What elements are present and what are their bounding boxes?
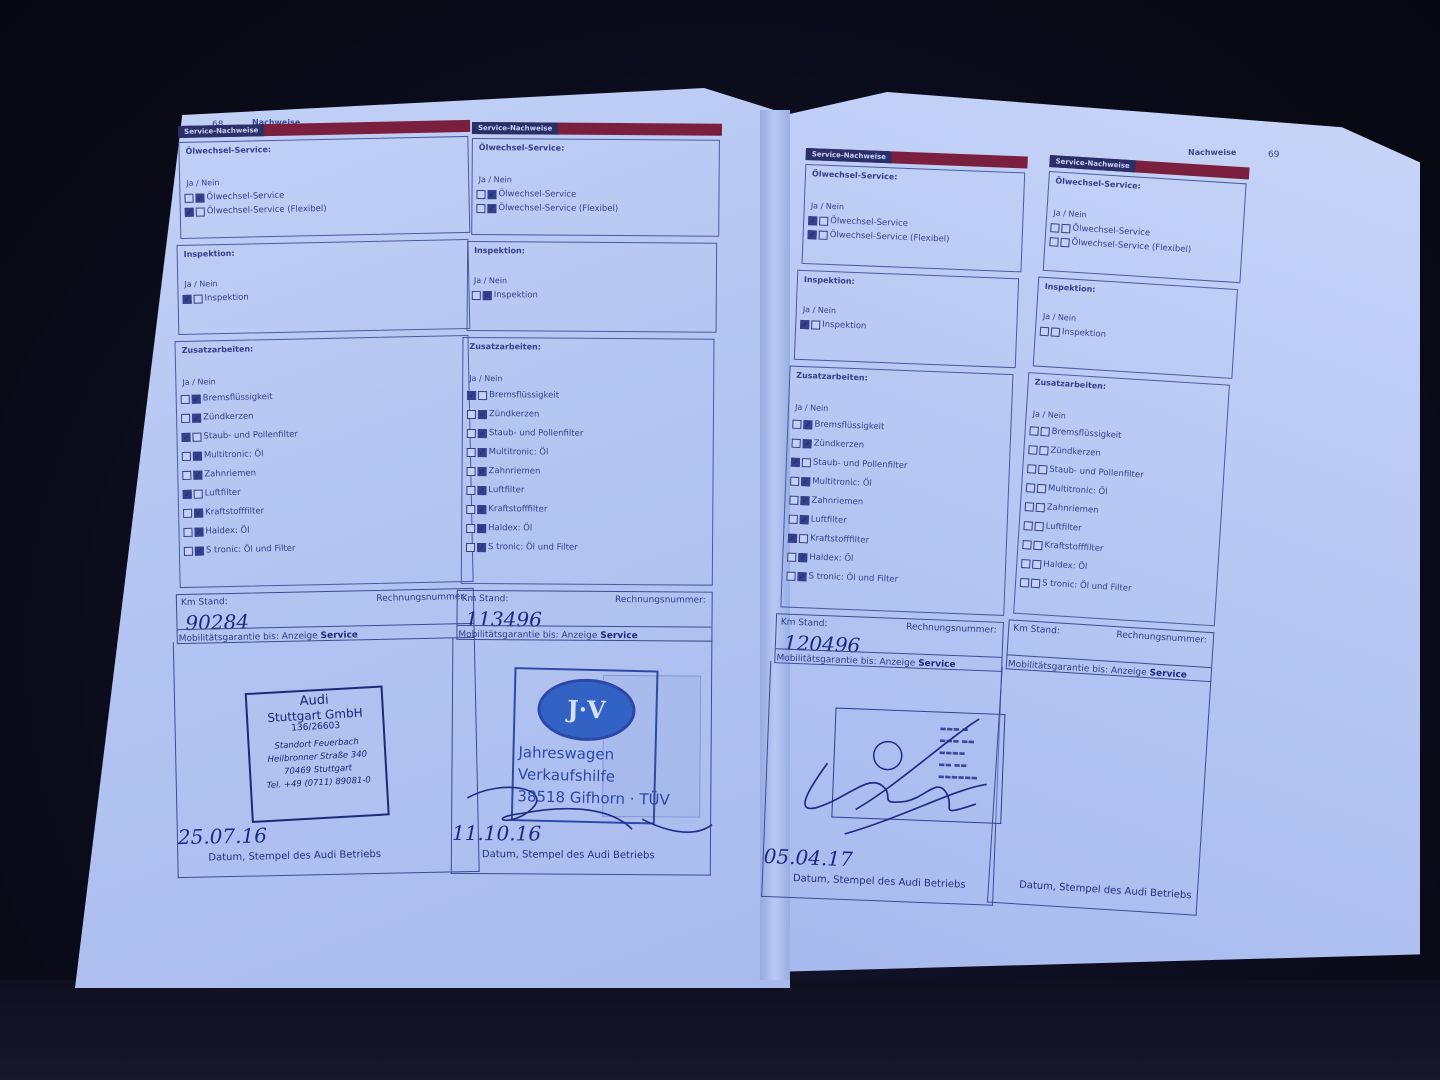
dealer-stamp: AudiStuttgart GmbH136/26603Standort Feue… xyxy=(245,685,390,823)
ja-nein-label: Ja / Nein xyxy=(1053,208,1087,219)
ja-nein-label: Ja / Nein xyxy=(1032,409,1066,420)
ja-checkbox[interactable]: ✓ xyxy=(808,230,817,239)
checklist-item-label: Kraftstofffilter xyxy=(205,506,264,517)
checklist-item-label: Bremsflüssigkeit xyxy=(814,420,884,433)
nein-checkbox[interactable]: ✓ xyxy=(477,524,486,533)
checklist-item: ✓Kraftstofffilter xyxy=(183,506,264,518)
ja-nein-label: Ja / Nein xyxy=(474,276,507,285)
nein-checkbox[interactable] xyxy=(1060,237,1070,247)
ja-checkbox[interactable] xyxy=(1029,426,1039,436)
ja-checkbox[interactable]: ✓ xyxy=(183,489,192,498)
checklist-item: ✓Bremsflüssigkeit xyxy=(181,392,273,404)
nein-checkbox[interactable]: ✓ xyxy=(800,515,809,524)
ja-checkbox[interactable] xyxy=(787,552,796,561)
checklist-item-label: Luftfilter xyxy=(488,485,524,495)
checklist-item: ✓Staub- und Pollenfilter xyxy=(467,428,584,439)
checklist-item-label: S tronic: Öl und Filter xyxy=(1042,578,1132,594)
checklist-item-label: Haldex: Öl xyxy=(488,523,532,533)
nein-checkbox[interactable]: ✓ xyxy=(478,429,487,438)
ja-checkbox[interactable] xyxy=(467,466,476,475)
ja-checkbox[interactable] xyxy=(467,428,476,437)
ja-checkbox[interactable] xyxy=(466,504,475,513)
nein-checkbox[interactable] xyxy=(1037,483,1047,493)
checklist-item-label: Staub- und Pollenfilter xyxy=(813,458,908,472)
checklist-item: ✓Zündkerzen xyxy=(791,438,864,451)
nein-checkbox[interactable]: ✓ xyxy=(192,394,201,403)
ja-nein-label: Ja / Nein xyxy=(469,374,502,383)
ja-checkbox[interactable] xyxy=(183,527,192,536)
checklist-item-label: Ölwechsel-Service (Flexibel) xyxy=(829,230,949,245)
oil-change-title: Ölwechsel-Service: xyxy=(1055,176,1141,190)
ja-nein-label: Ja / Nein xyxy=(811,201,845,211)
additional-work-section: Zusatzarbeiten:Ja / Nein✓Bremsflüssigkei… xyxy=(780,366,1013,616)
ja-checkbox[interactable] xyxy=(1050,223,1060,233)
nein-checkbox[interactable]: ✓ xyxy=(195,193,204,202)
checklist-item-label: Ölwechsel-Service (Flexibel) xyxy=(207,204,327,217)
ja-checkbox[interactable] xyxy=(181,413,190,422)
inspection-section: Inspektion:Ja / Nein✓Inspektion xyxy=(176,239,470,335)
checklist-item: ✓Inspektion xyxy=(183,293,249,304)
nein-checkbox[interactable] xyxy=(1038,464,1048,474)
oil-change-section: Ölwechsel-Service:Ja / Nein✓Ölwechsel-Se… xyxy=(802,164,1026,272)
checklist-item: ✓Ölwechsel-Service xyxy=(184,191,284,203)
checklist-item-label: Ölwechsel-Service xyxy=(830,216,908,229)
ja-nein-label: Ja / Nein xyxy=(186,178,219,188)
checklist-item-label: Zündkerzen xyxy=(813,439,864,451)
additional-work-title: Zusatzarbeiten: xyxy=(1034,377,1106,390)
checklist-item-label: Luftfilter xyxy=(811,514,847,525)
inspection-title: Inspektion: xyxy=(184,249,235,259)
ja-checkbox[interactable] xyxy=(792,438,801,447)
km-stand-label: Km Stand: xyxy=(1013,624,1060,637)
ja-checkbox[interactable] xyxy=(476,190,485,199)
invoice-number-label: Rechnungsnummer: xyxy=(1116,630,1207,646)
checklist-item-label: Haldex: Öl xyxy=(1043,559,1088,572)
km-stand-value[interactable]: 113496 xyxy=(465,607,542,632)
right-page-number: 69 xyxy=(1268,150,1279,160)
ja-checkbox[interactable] xyxy=(1023,521,1033,531)
stamp-area: 25.07.16Datum, Stempel des Audi Betriebs… xyxy=(173,636,480,878)
service-booklet: 68 Nachweise Nachweise 69 Service-Nachwe… xyxy=(0,0,1440,1080)
checklist-item: Kraftstofffilter xyxy=(1022,539,1104,554)
checklist-item: Ölwechsel-Service (Flexibel) xyxy=(1049,236,1191,255)
ja-checkbox[interactable] xyxy=(1040,326,1050,336)
ja-checkbox[interactable] xyxy=(466,523,475,532)
nein-checkbox[interactable]: ✓ xyxy=(193,451,202,460)
oil-change-section: Ölwechsel-Service:Ja / Nein✓Ölwechsel-Se… xyxy=(178,136,470,239)
ja-checkbox[interactable] xyxy=(182,470,191,479)
checklist-item-label: Zahnriemen xyxy=(1047,503,1099,516)
checklist-item-label: Zündkerzen xyxy=(203,411,254,422)
checklist-item-label: Multitronic: Öl xyxy=(812,476,872,488)
checklist-item: ✓S tronic: Öl und Filter xyxy=(184,544,296,556)
checklist-item-label: Zahnriemen xyxy=(204,468,256,479)
ja-checkbox[interactable] xyxy=(1049,237,1059,247)
nein-checkbox[interactable] xyxy=(1040,426,1050,436)
service-date[interactable]: 05.04.17 xyxy=(763,844,853,871)
inspection-section: Inspektion:Ja / Nein✓Inspektion xyxy=(467,241,718,333)
checklist-item-label: Zahnriemen xyxy=(811,495,863,507)
checklist-item-label: Zündkerzen xyxy=(1050,446,1101,459)
checklist-item-label: Inspektion xyxy=(1062,327,1107,340)
checklist-item-label: Multitronic: Öl xyxy=(1048,484,1108,498)
checklist-item: ✓Haldex: Öl xyxy=(183,526,249,537)
checklist-item: Multitronic: Öl xyxy=(1026,482,1108,497)
checklist-item-label: Bremsflüssigkeit xyxy=(1051,427,1121,441)
ja-checkbox[interactable] xyxy=(1026,483,1036,493)
stamp-area: 05.04.17Datum, Stempel des Audi Betriebs… xyxy=(761,661,1002,906)
nein-checkbox[interactable]: ✓ xyxy=(195,546,204,555)
invoice-number-label: Rechnungsnummer: xyxy=(615,595,706,606)
nein-checkbox[interactable]: ✓ xyxy=(801,477,810,486)
nein-checkbox[interactable]: ✓ xyxy=(478,410,487,419)
checklist-item: Ölwechsel-Service xyxy=(1050,222,1150,238)
nein-checkbox[interactable] xyxy=(802,458,811,467)
checklist-item: ✓S tronic: Öl und Filter xyxy=(786,571,898,585)
checklist-item: ✓Luftfilter xyxy=(789,514,847,526)
checklist-item-label: Ölwechsel-Service xyxy=(498,189,576,200)
checklist-item: ✓Haldex: Öl xyxy=(466,523,532,533)
nein-checkbox[interactable]: ✓ xyxy=(194,527,203,536)
additional-work-section: Zusatzarbeiten:Ja / NeinBremsflüssigkeit… xyxy=(1013,372,1230,626)
checklist-item-label: Inspektion xyxy=(205,293,249,304)
inspection-title: Inspektion: xyxy=(1044,282,1095,294)
checklist-item: Zahnriemen xyxy=(1025,501,1099,516)
checklist-item-label: Staub- und Pollenfilter xyxy=(489,428,584,439)
nein-checkbox[interactable]: ✓ xyxy=(477,486,486,495)
ja-checkbox[interactable]: ✓ xyxy=(800,319,809,328)
nein-checkbox[interactable]: ✓ xyxy=(478,448,487,457)
ja-nein-label: Ja / Nein xyxy=(1043,312,1077,323)
checklist-item: ✓Multitronic: Öl xyxy=(467,447,549,458)
signature xyxy=(462,778,723,860)
ja-checkbox[interactable] xyxy=(1021,559,1031,569)
nein-checkbox[interactable] xyxy=(819,216,828,225)
stamp-area: Datum, Stempel des Audi Betriebs xyxy=(987,667,1211,916)
checklist-item: ✓Ölwechsel-Service (Flexibel) xyxy=(185,204,327,217)
checklist-item-label: Ölwechsel-Service (Flexibel) xyxy=(1071,238,1191,256)
jv-logo: J·V xyxy=(537,678,636,742)
ja-checkbox[interactable] xyxy=(1020,577,1030,587)
oil-change-title: Ölwechsel-Service: xyxy=(479,143,565,153)
ja-checkbox[interactable] xyxy=(183,508,192,517)
nein-checkbox[interactable]: ✓ xyxy=(477,505,486,514)
checklist-item: ✓Zündkerzen xyxy=(467,409,539,420)
checklist-item: ✓S tronic: Öl und Filter xyxy=(466,542,578,553)
nein-checkbox[interactable] xyxy=(1051,327,1061,337)
service-date[interactable]: 25.07.16 xyxy=(178,823,268,849)
checklist-item-label: Ölwechsel-Service xyxy=(206,191,284,203)
checklist-item: ✓Luftfilter xyxy=(183,488,241,499)
ja-checkbox[interactable] xyxy=(786,571,795,580)
checklist-item-label: Zündkerzen xyxy=(489,409,539,419)
checklist-item-label: Ölwechsel-Service xyxy=(1072,224,1150,239)
ja-checkbox[interactable] xyxy=(789,495,798,504)
ja-checkbox[interactable] xyxy=(790,476,799,485)
nein-checkbox[interactable]: ✓ xyxy=(797,571,806,580)
checklist-item: ✓Zahnriemen xyxy=(467,466,541,477)
ja-checkbox[interactable] xyxy=(181,394,190,403)
nein-checkbox[interactable]: ✓ xyxy=(483,291,492,300)
checklist-item: ✓Zahnriemen xyxy=(789,495,863,508)
signature xyxy=(784,702,1019,851)
checklist-item: ✓Inspektion xyxy=(472,290,538,300)
ja-checkbox[interactable] xyxy=(1027,464,1037,474)
checklist-item: ✓Bremsflüssigkeit xyxy=(467,390,559,401)
km-stand-label: Km Stand: xyxy=(181,597,228,608)
ja-checkbox[interactable] xyxy=(792,419,801,428)
km-stand-label: Km Stand: xyxy=(781,617,828,629)
ja-nein-label: Ja / Nein xyxy=(795,403,829,413)
date-stamp-label: Datum, Stempel des Audi Betriebs xyxy=(1019,880,1192,902)
checklist-item: ✓Ölwechsel-Service (Flexibel) xyxy=(476,203,618,214)
checklist-item-label: Kraftstofffilter xyxy=(1044,540,1104,554)
ja-checkbox[interactable] xyxy=(184,546,193,555)
nein-checkbox[interactable] xyxy=(1033,540,1043,550)
ja-checkbox[interactable]: ✓ xyxy=(467,390,476,399)
checklist-item: ✓Staub- und Pollenfilter xyxy=(181,430,298,442)
checklist-item-label: S tronic: Öl und Filter xyxy=(808,571,898,584)
checklist-item: Luftfilter xyxy=(1023,520,1081,534)
inspection-title: Inspektion: xyxy=(804,275,855,286)
ja-checkbox[interactable] xyxy=(466,485,475,494)
additional-work-title: Zusatzarbeiten: xyxy=(796,371,868,383)
nein-checkbox[interactable]: ✓ xyxy=(487,204,496,213)
nein-checkbox[interactable] xyxy=(1031,578,1041,588)
nein-checkbox[interactable] xyxy=(194,489,203,498)
ja-checkbox[interactable] xyxy=(184,193,193,202)
nein-checkbox[interactable]: ✓ xyxy=(478,467,487,476)
nein-checkbox[interactable]: ✓ xyxy=(798,553,807,562)
checklist-item: Inspektion xyxy=(1040,326,1107,340)
km-stand-label: Km Stand: xyxy=(462,594,509,604)
checklist-item: ✓Kraftstofffilter xyxy=(788,533,869,546)
ja-checkbox[interactable]: ✓ xyxy=(791,457,800,466)
stamp-area: 11.10.16Datum, Stempel des Audi Betriebs… xyxy=(451,638,713,876)
checklist-item: ✓Staub- und Pollenfilter xyxy=(791,457,908,471)
ja-checkbox[interactable] xyxy=(476,204,485,213)
nein-checkbox[interactable] xyxy=(819,230,828,239)
checklist-item-label: Staub- und Pollenfilter xyxy=(203,430,298,442)
checklist-item: ✓Zündkerzen xyxy=(181,411,254,423)
oil-change-section: Ölwechsel-Service:Ja / NeinÖlwechsel-Ser… xyxy=(1043,171,1247,283)
ja-nein-label: Ja / Nein xyxy=(182,377,215,387)
checklist-item-label: Bremsflüssigkeit xyxy=(489,390,559,400)
ja-checkbox[interactable] xyxy=(466,542,475,551)
invoice-number-label: Rechnungsnummer: xyxy=(376,592,467,604)
checklist-item-label: Ölwechsel-Service (Flexibel) xyxy=(498,203,618,214)
checklist-item: ✓Kraftstofffilter xyxy=(466,504,547,515)
nein-checkbox[interactable] xyxy=(1032,559,1042,569)
nein-checkbox[interactable] xyxy=(1036,502,1046,512)
additional-work-section: Zusatzarbeiten:Ja / Nein✓Bremsflüssigkei… xyxy=(461,337,715,586)
checklist-item-label: Multitronic: Öl xyxy=(489,447,549,457)
checklist-item-label: Staub- und Pollenfilter xyxy=(1049,465,1144,481)
checklist-item: ✓Ölwechsel-Service xyxy=(808,215,908,229)
ja-checkbox[interactable]: ✓ xyxy=(185,207,194,216)
nein-checkbox[interactable] xyxy=(192,432,201,441)
service-banner: Service-Nachweise xyxy=(472,122,722,136)
ja-checkbox[interactable] xyxy=(789,514,798,523)
ja-checkbox[interactable] xyxy=(1025,502,1035,512)
nein-checkbox[interactable]: ✓ xyxy=(477,543,486,552)
checklist-item: ✓Multitronic: Öl xyxy=(182,449,264,461)
ja-checkbox[interactable]: ✓ xyxy=(183,294,192,303)
oil-change-section: Ölwechsel-Service:Ja / Nein✓Ölwechsel-Se… xyxy=(471,138,720,237)
checklist-item-label: Haldex: Öl xyxy=(205,526,249,537)
nein-checkbox[interactable]: ✓ xyxy=(803,420,812,429)
ja-checkbox[interactable]: ✓ xyxy=(788,533,797,542)
inspection-title: Inspektion: xyxy=(474,246,525,255)
checklist-item: ✓Multitronic: Öl xyxy=(790,476,872,489)
nein-checkbox[interactable]: ✓ xyxy=(802,439,811,448)
checklist-item-label: Luftfilter xyxy=(1045,521,1081,533)
checklist-item-label: Luftfilter xyxy=(205,488,241,499)
checklist-item: S tronic: Öl und Filter xyxy=(1020,577,1132,594)
date-stamp-label: Datum, Stempel des Audi Betriebs xyxy=(793,873,966,891)
right-page-header: Nachweise xyxy=(1188,148,1236,157)
ja-nein-label: Ja / Nein xyxy=(184,279,217,289)
nein-checkbox[interactable] xyxy=(799,534,808,543)
checklist-item: ✓Luftfilter xyxy=(466,485,524,495)
nein-checkbox[interactable] xyxy=(1034,521,1044,531)
inspection-section: Inspektion:Ja / NeinInspektion xyxy=(1033,277,1238,379)
ja-checkbox[interactable] xyxy=(467,409,476,418)
nein-checkbox[interactable]: ✓ xyxy=(800,496,809,505)
additional-work-title: Zusatzarbeiten: xyxy=(469,342,541,351)
additional-work-section: Zusatzarbeiten:Ja / Nein✓Bremsflüssigkei… xyxy=(175,335,474,588)
inspection-section: Inspektion:Ja / Nein✓Inspektion xyxy=(794,270,1019,368)
checklist-item: Bremsflüssigkeit xyxy=(1029,425,1121,441)
additional-work-title: Zusatzarbeiten: xyxy=(182,344,254,354)
checklist-item: ✓Inspektion xyxy=(800,319,866,332)
checklist-item-label: S tronic: Öl und Filter xyxy=(206,544,296,556)
checklist-item: ✓Ölwechsel-Service xyxy=(476,189,576,200)
checklist-item-label: Multitronic: Öl xyxy=(204,449,264,460)
ja-checkbox[interactable]: ✓ xyxy=(181,432,190,441)
checklist-item: ✓Haldex: Öl xyxy=(787,552,853,565)
ja-checkbox[interactable] xyxy=(467,447,476,456)
date-stamp-label: Datum, Stempel des Audi Betriebs xyxy=(208,849,381,864)
oil-change-title: Ölwechsel-Service: xyxy=(812,169,898,181)
checklist-item-label: S tronic: Öl und Filter xyxy=(488,542,578,553)
ja-checkbox[interactable]: ✓ xyxy=(808,216,817,225)
checklist-item-label: Inspektion xyxy=(494,290,538,300)
nein-checkbox[interactable] xyxy=(194,294,203,303)
ja-checkbox[interactable] xyxy=(1028,445,1038,455)
checklist-item: Haldex: Öl xyxy=(1021,558,1088,572)
nein-checkbox[interactable]: ✓ xyxy=(487,190,496,199)
nein-checkbox[interactable] xyxy=(196,207,205,216)
checklist-item-label: Haldex: Öl xyxy=(809,552,853,564)
ja-checkbox[interactable] xyxy=(472,291,481,300)
checklist-item-label: Bremsflüssigkeit xyxy=(203,392,273,403)
ja-checkbox[interactable] xyxy=(1022,540,1032,550)
checklist-item: Zündkerzen xyxy=(1028,444,1101,459)
checklist-item: ✓Zahnriemen xyxy=(182,468,256,480)
nein-checkbox[interactable]: ✓ xyxy=(192,413,201,422)
checklist-item: ✓Bremsflüssigkeit xyxy=(792,419,884,433)
nein-checkbox[interactable] xyxy=(478,391,487,400)
nein-checkbox[interactable]: ✓ xyxy=(193,470,202,479)
oil-change-title: Ölwechsel-Service: xyxy=(185,145,271,156)
checklist-item-label: Kraftstofffilter xyxy=(488,504,547,514)
checklist-item-label: Inspektion xyxy=(822,320,867,332)
service-banner-title: Service-Nachweise xyxy=(178,124,264,138)
invoice-number-label: Rechnungsnummer: xyxy=(906,622,997,635)
nein-checkbox[interactable] xyxy=(1061,223,1071,233)
nein-checkbox[interactable] xyxy=(1039,445,1049,455)
nein-checkbox[interactable]: ✓ xyxy=(194,508,203,517)
ja-nein-label: Ja / Nein xyxy=(803,305,837,315)
ja-checkbox[interactable] xyxy=(182,451,191,460)
checklist-item: Staub- und Pollenfilter xyxy=(1027,463,1144,480)
nein-checkbox[interactable] xyxy=(811,320,820,329)
checklist-item: ✓Ölwechsel-Service (Flexibel) xyxy=(808,229,950,244)
km-stand-value[interactable]: 90284 xyxy=(185,610,249,635)
checklist-item-label: Zahnriemen xyxy=(489,466,541,476)
checklist-item-label: Kraftstofffilter xyxy=(810,533,869,545)
service-banner-title: Service-Nachweise xyxy=(472,122,558,135)
ja-nein-label: Ja / Nein xyxy=(479,175,512,184)
